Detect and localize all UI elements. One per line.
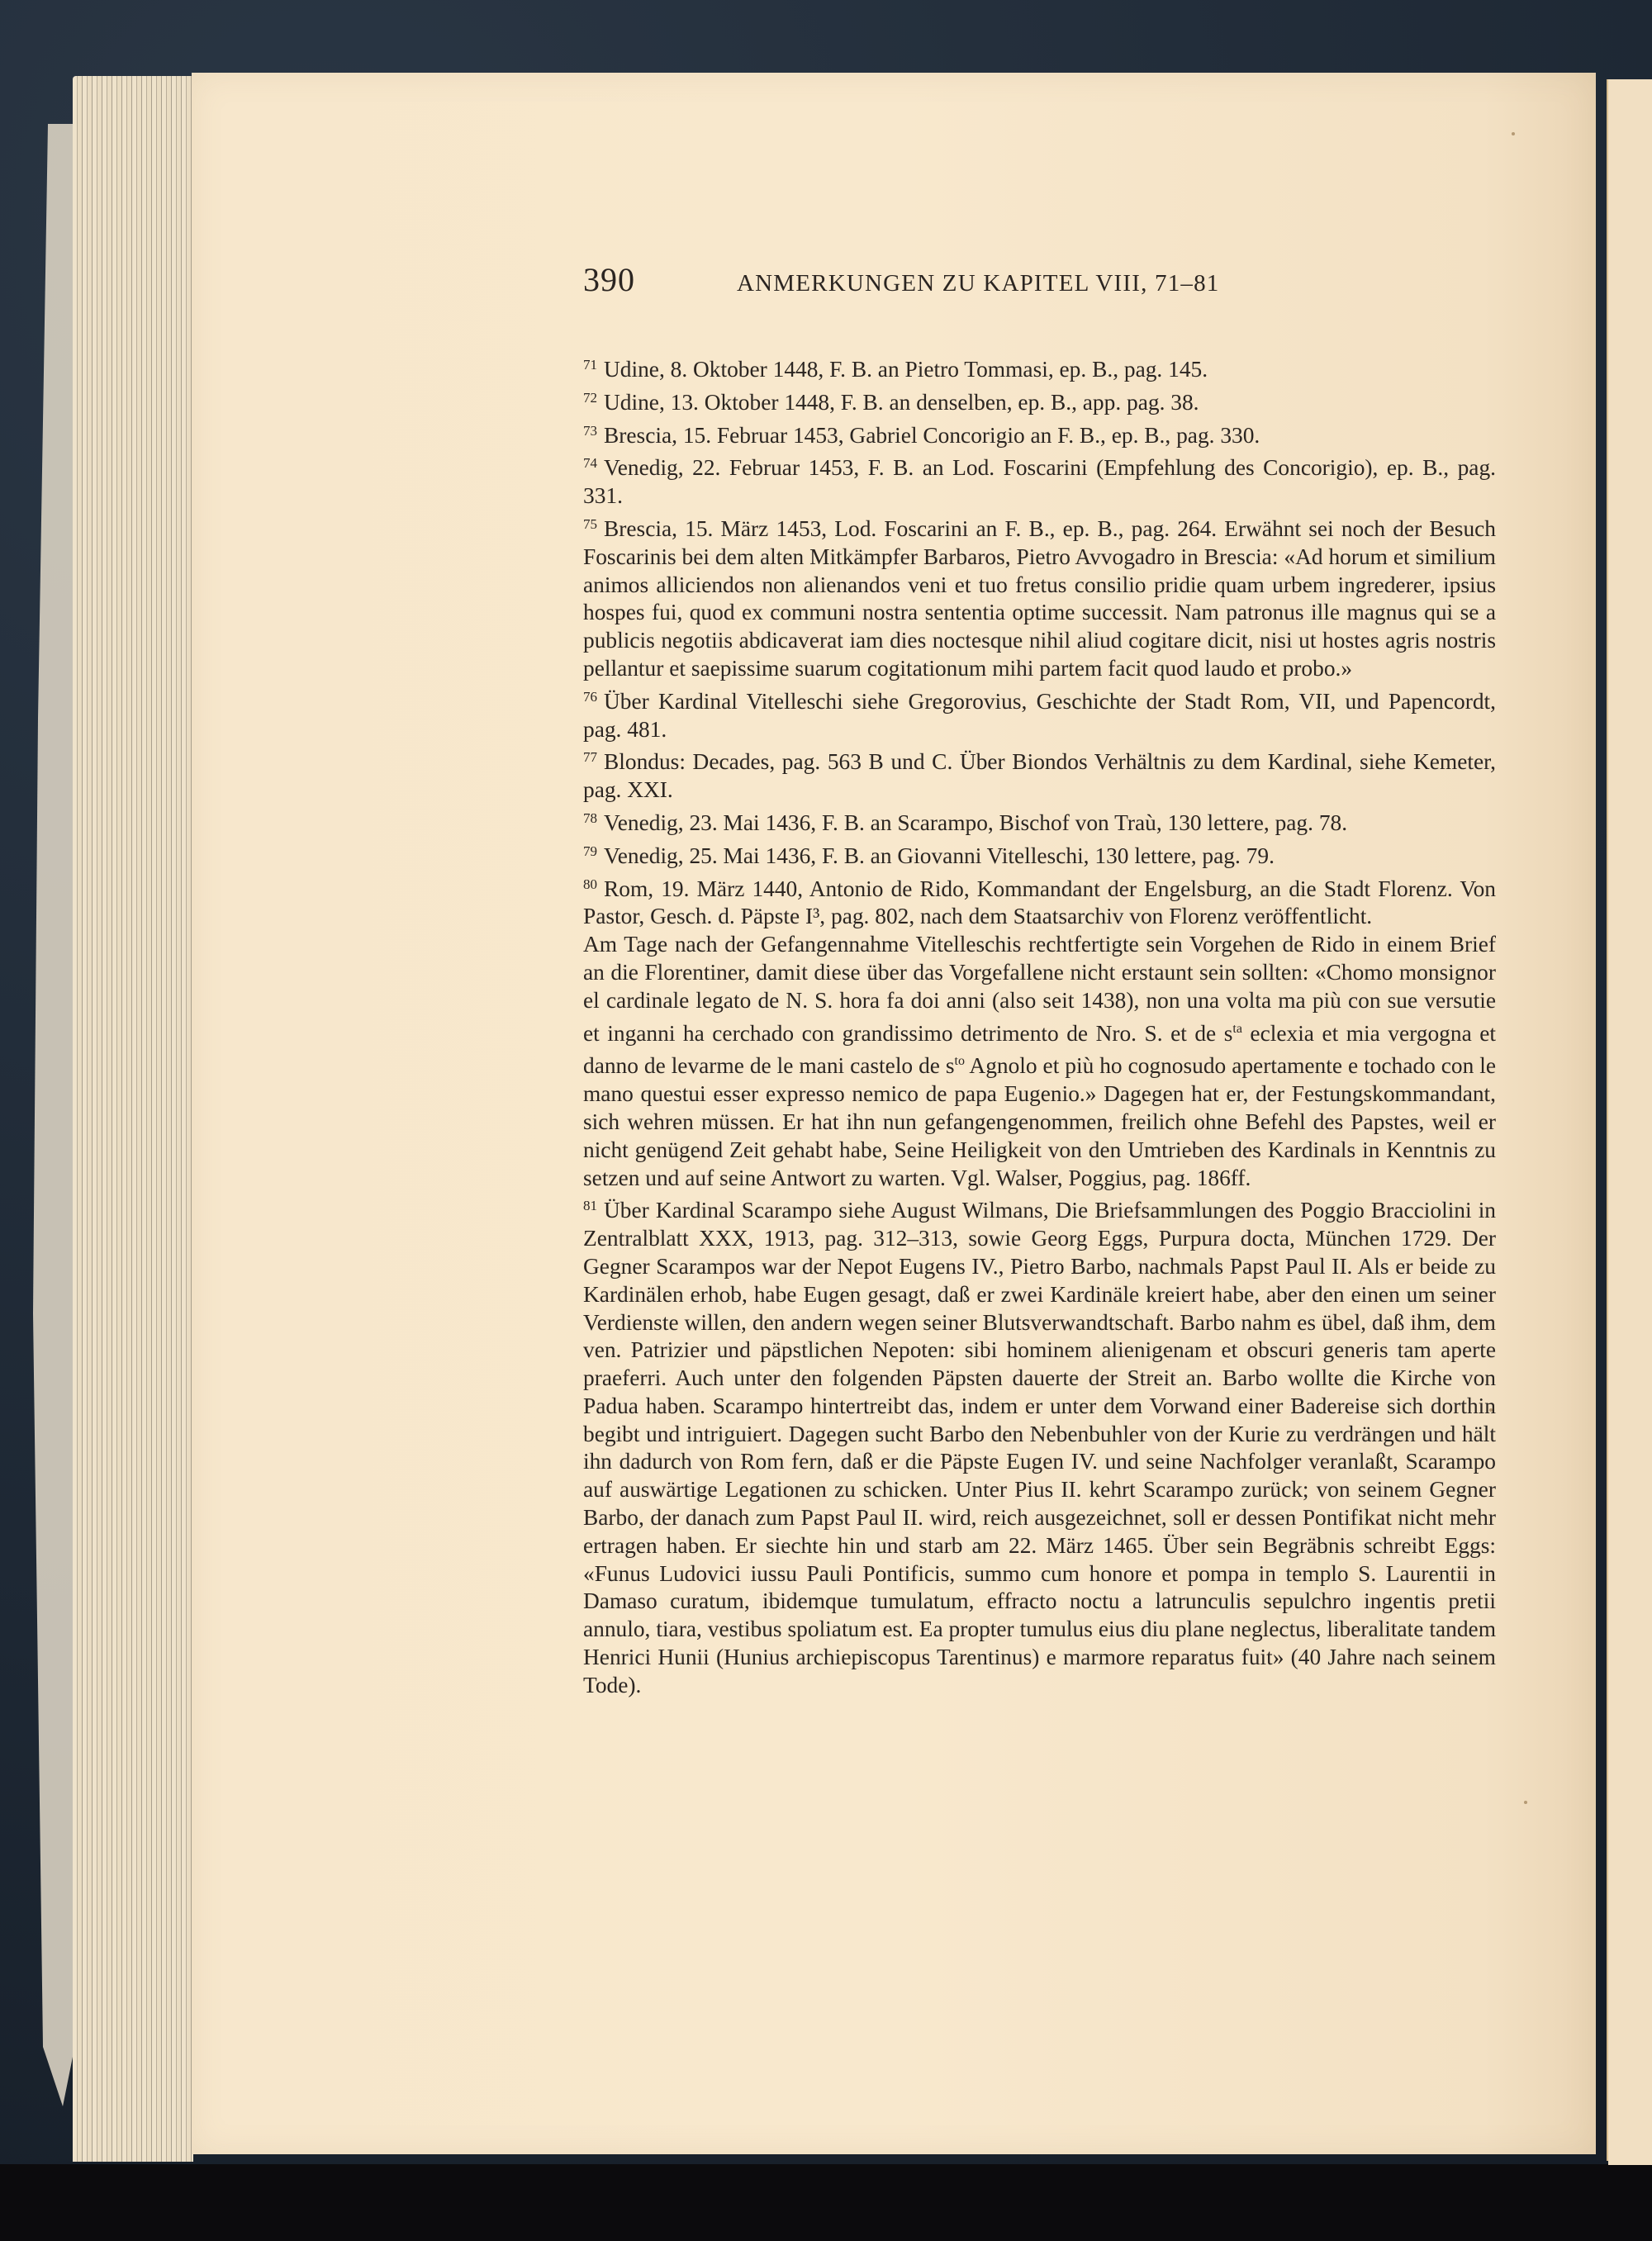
- footnote-73: 73Brescia, 15. Februar 1453, Gabriel Con…: [583, 417, 1496, 450]
- footnote-81: 81Über Kardinal Scarampo siehe August Wi…: [583, 1192, 1496, 1699]
- page-gutter: [1607, 79, 1608, 2161]
- text-block: 390 ANMERKUNGEN ZU KAPITEL VIII, 71–81 7…: [583, 260, 1496, 1700]
- footnote-72: 72Udine, 13. Oktober 1448, F. B. an dens…: [583, 384, 1496, 417]
- running-head: 390 ANMERKUNGEN ZU KAPITEL VIII, 71–81: [583, 260, 1496, 310]
- running-title: ANMERKUNGEN ZU KAPITEL VIII, 71–81: [737, 270, 1220, 297]
- footnote-71: 71Udine, 8. Oktober 1448, F. B. an Pietr…: [583, 351, 1496, 384]
- page-number: 390: [583, 260, 737, 299]
- facing-page-edge: [1608, 79, 1652, 2165]
- footnote-77: 77Blondus: Decades, pag. 563 B und C. Üb…: [583, 743, 1496, 805]
- paper-speck: [1512, 132, 1515, 135]
- page-edge-stack: [73, 76, 193, 2162]
- footnote-78: 78Venedig, 23. Mai 1436, F. B. an Scaram…: [583, 805, 1496, 838]
- footnote-79: 79Venedig, 25. Mai 1436, F. B. an Giovan…: [583, 838, 1496, 871]
- footnote-75: 75Brescia, 15. März 1453, Lod. Foscarini…: [583, 510, 1496, 683]
- footnote-80-continuation: Am Tage nach der Gefangennahme Vitellesc…: [583, 931, 1496, 1192]
- footnote-74: 74Venedig, 22. Februar 1453, F. B. an Lo…: [583, 449, 1496, 510]
- footnote-76: 76Über Kardinal Vitelleschi siehe Gregor…: [583, 683, 1496, 744]
- paper-speck: [1524, 1801, 1527, 1804]
- footnotes: 71Udine, 8. Oktober 1448, F. B. an Pietr…: [583, 351, 1496, 1700]
- footnote-80: 80Rom, 19. März 1440, Antonio de Rido, K…: [583, 871, 1496, 932]
- scanner-backdrop-bottom: [0, 2164, 1652, 2241]
